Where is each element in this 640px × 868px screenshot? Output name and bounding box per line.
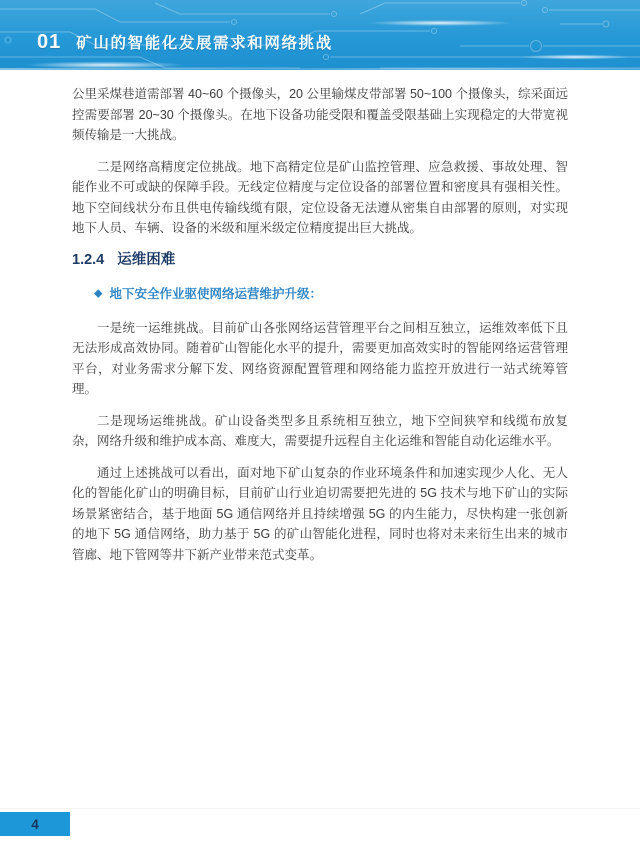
paragraph-summary-5g: 通过上述挑战可以看出，面对地下矿山复杂的作业环境条件和加速实现少人化、无人化的智…: [72, 463, 568, 566]
paragraph-unified-om-challenge: 一是统一运维挑战。目前矿山各张网络运营管理平台之间相互独立，运维效率低下且无法形…: [72, 318, 568, 400]
page-bottom-divider: [0, 808, 640, 809]
chapter-title: 矿山的智能化发展需求和网络挑战: [76, 31, 333, 53]
bullet-line: ◆ 地下安全作业驱使网络运营维护升级：: [94, 284, 568, 305]
bullet-text: 地下安全作业驱使网络运营维护升级：: [109, 284, 322, 305]
page-number: 4: [31, 817, 39, 832]
paragraph-field-om-challenge: 二是现场运维挑战。矿山设备类型多且系统相互独立，地下空间狭窄和线缆布放复杂，网络…: [72, 411, 568, 452]
paragraph-positioning-challenge: 二是网络高精度定位挑战。地下高精定位是矿山监控管理、应急救援、事故处理、智能作业…: [72, 157, 568, 239]
diamond-bullet-icon: ◆: [94, 288, 102, 299]
section-title: 运维困难: [117, 250, 175, 271]
page-number-badge: 4: [0, 812, 70, 836]
section-heading: 1.2.4 运维困难: [72, 250, 568, 271]
document-body: 公里采煤巷道需部署 40~60 个摄像头，20 公里输煤皮带部署 50~100 …: [72, 84, 568, 576]
chapter-header-banner: 01 矿山的智能化发展需求和网络挑战: [0, 0, 640, 70]
chapter-number: 01: [37, 31, 61, 54]
chapter-header-row: 01 矿山的智能化发展需求和网络挑战: [37, 31, 333, 54]
section-number: 1.2.4: [72, 250, 104, 271]
paragraph-video-bandwidth: 公里采煤巷道需部署 40~60 个摄像头，20 公里输煤皮带部署 50~100 …: [72, 84, 568, 146]
